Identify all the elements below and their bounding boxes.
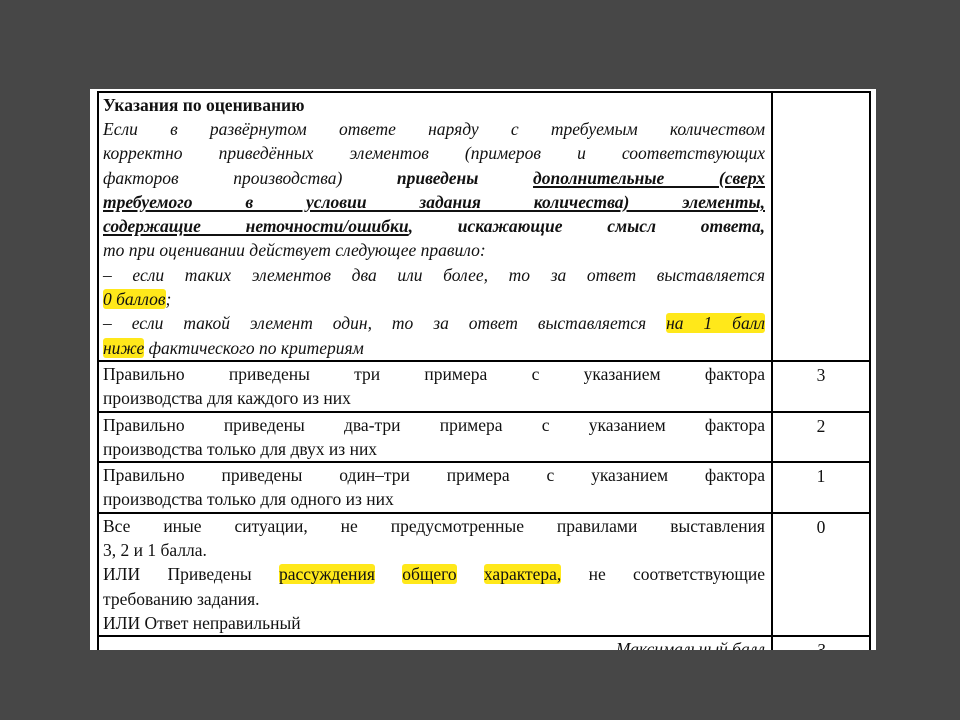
max-score-label: Максимальный балл [98, 636, 772, 650]
instructions-line: содержащие неточности/ошибки, искажающие… [103, 214, 765, 238]
instructions-score-cell [772, 92, 870, 361]
criterion-text: Правильно приведены три примера с указан… [98, 361, 772, 412]
max-score-row: Максимальный балл 3 [98, 636, 870, 650]
rule-line: ниже фактического по критериям [103, 336, 765, 360]
criterion-row: Правильно приведены два-три примера с ук… [98, 412, 870, 463]
highlight: характера, [484, 564, 561, 584]
document-page: Указания по оцениванию Если в развёрнуто… [90, 89, 876, 650]
grading-table: Указания по оцениванию Если в развёрнуто… [97, 91, 871, 650]
rule-line: – если такой элемент один, то за ответ в… [103, 311, 765, 335]
highlight: ниже [103, 338, 144, 358]
instructions-line: требуемого в условии задания количества)… [103, 190, 765, 214]
rule-line: 0 баллов; [103, 287, 765, 311]
instructions-title: Указания по оцениванию [103, 93, 765, 117]
highlight: 0 баллов [103, 289, 166, 309]
max-score-value: 3 [772, 636, 870, 650]
instructions-line: факторов производства) приведены дополни… [103, 166, 765, 190]
rule-line: – если таких элементов два или более, то… [103, 263, 765, 287]
criterion-text: Правильно приведены два-три примера с ук… [98, 412, 772, 463]
criterion-text: Правильно приведены один–три примера с у… [98, 462, 772, 513]
highlight: на 1 балл [666, 313, 765, 333]
criterion-score: 2 [772, 412, 870, 463]
criterion-row: Правильно приведены три примера с указан… [98, 361, 870, 412]
instructions-line: корректно приведённых элементов (примеро… [103, 141, 765, 165]
highlight: общего [402, 564, 456, 584]
instructions-line: то при оценивании действует следующее пр… [103, 238, 765, 262]
instructions-line: Если в развёрнутом ответе наряду с требу… [103, 117, 765, 141]
highlight: рассуждения [279, 564, 375, 584]
criterion-score: 1 [772, 462, 870, 513]
criterion-row: Правильно приведены один–три примера с у… [98, 462, 870, 513]
criterion-row-zero: Все иные ситуации, не предусмотренные пр… [98, 513, 870, 636]
criterion-score: 0 [772, 513, 870, 636]
instructions-row: Указания по оцениванию Если в развёрнуто… [98, 92, 870, 361]
instructions-cell: Указания по оцениванию Если в развёрнуто… [98, 92, 772, 361]
criterion-score: 3 [772, 361, 870, 412]
criterion-text: Все иные ситуации, не предусмотренные пр… [98, 513, 772, 636]
